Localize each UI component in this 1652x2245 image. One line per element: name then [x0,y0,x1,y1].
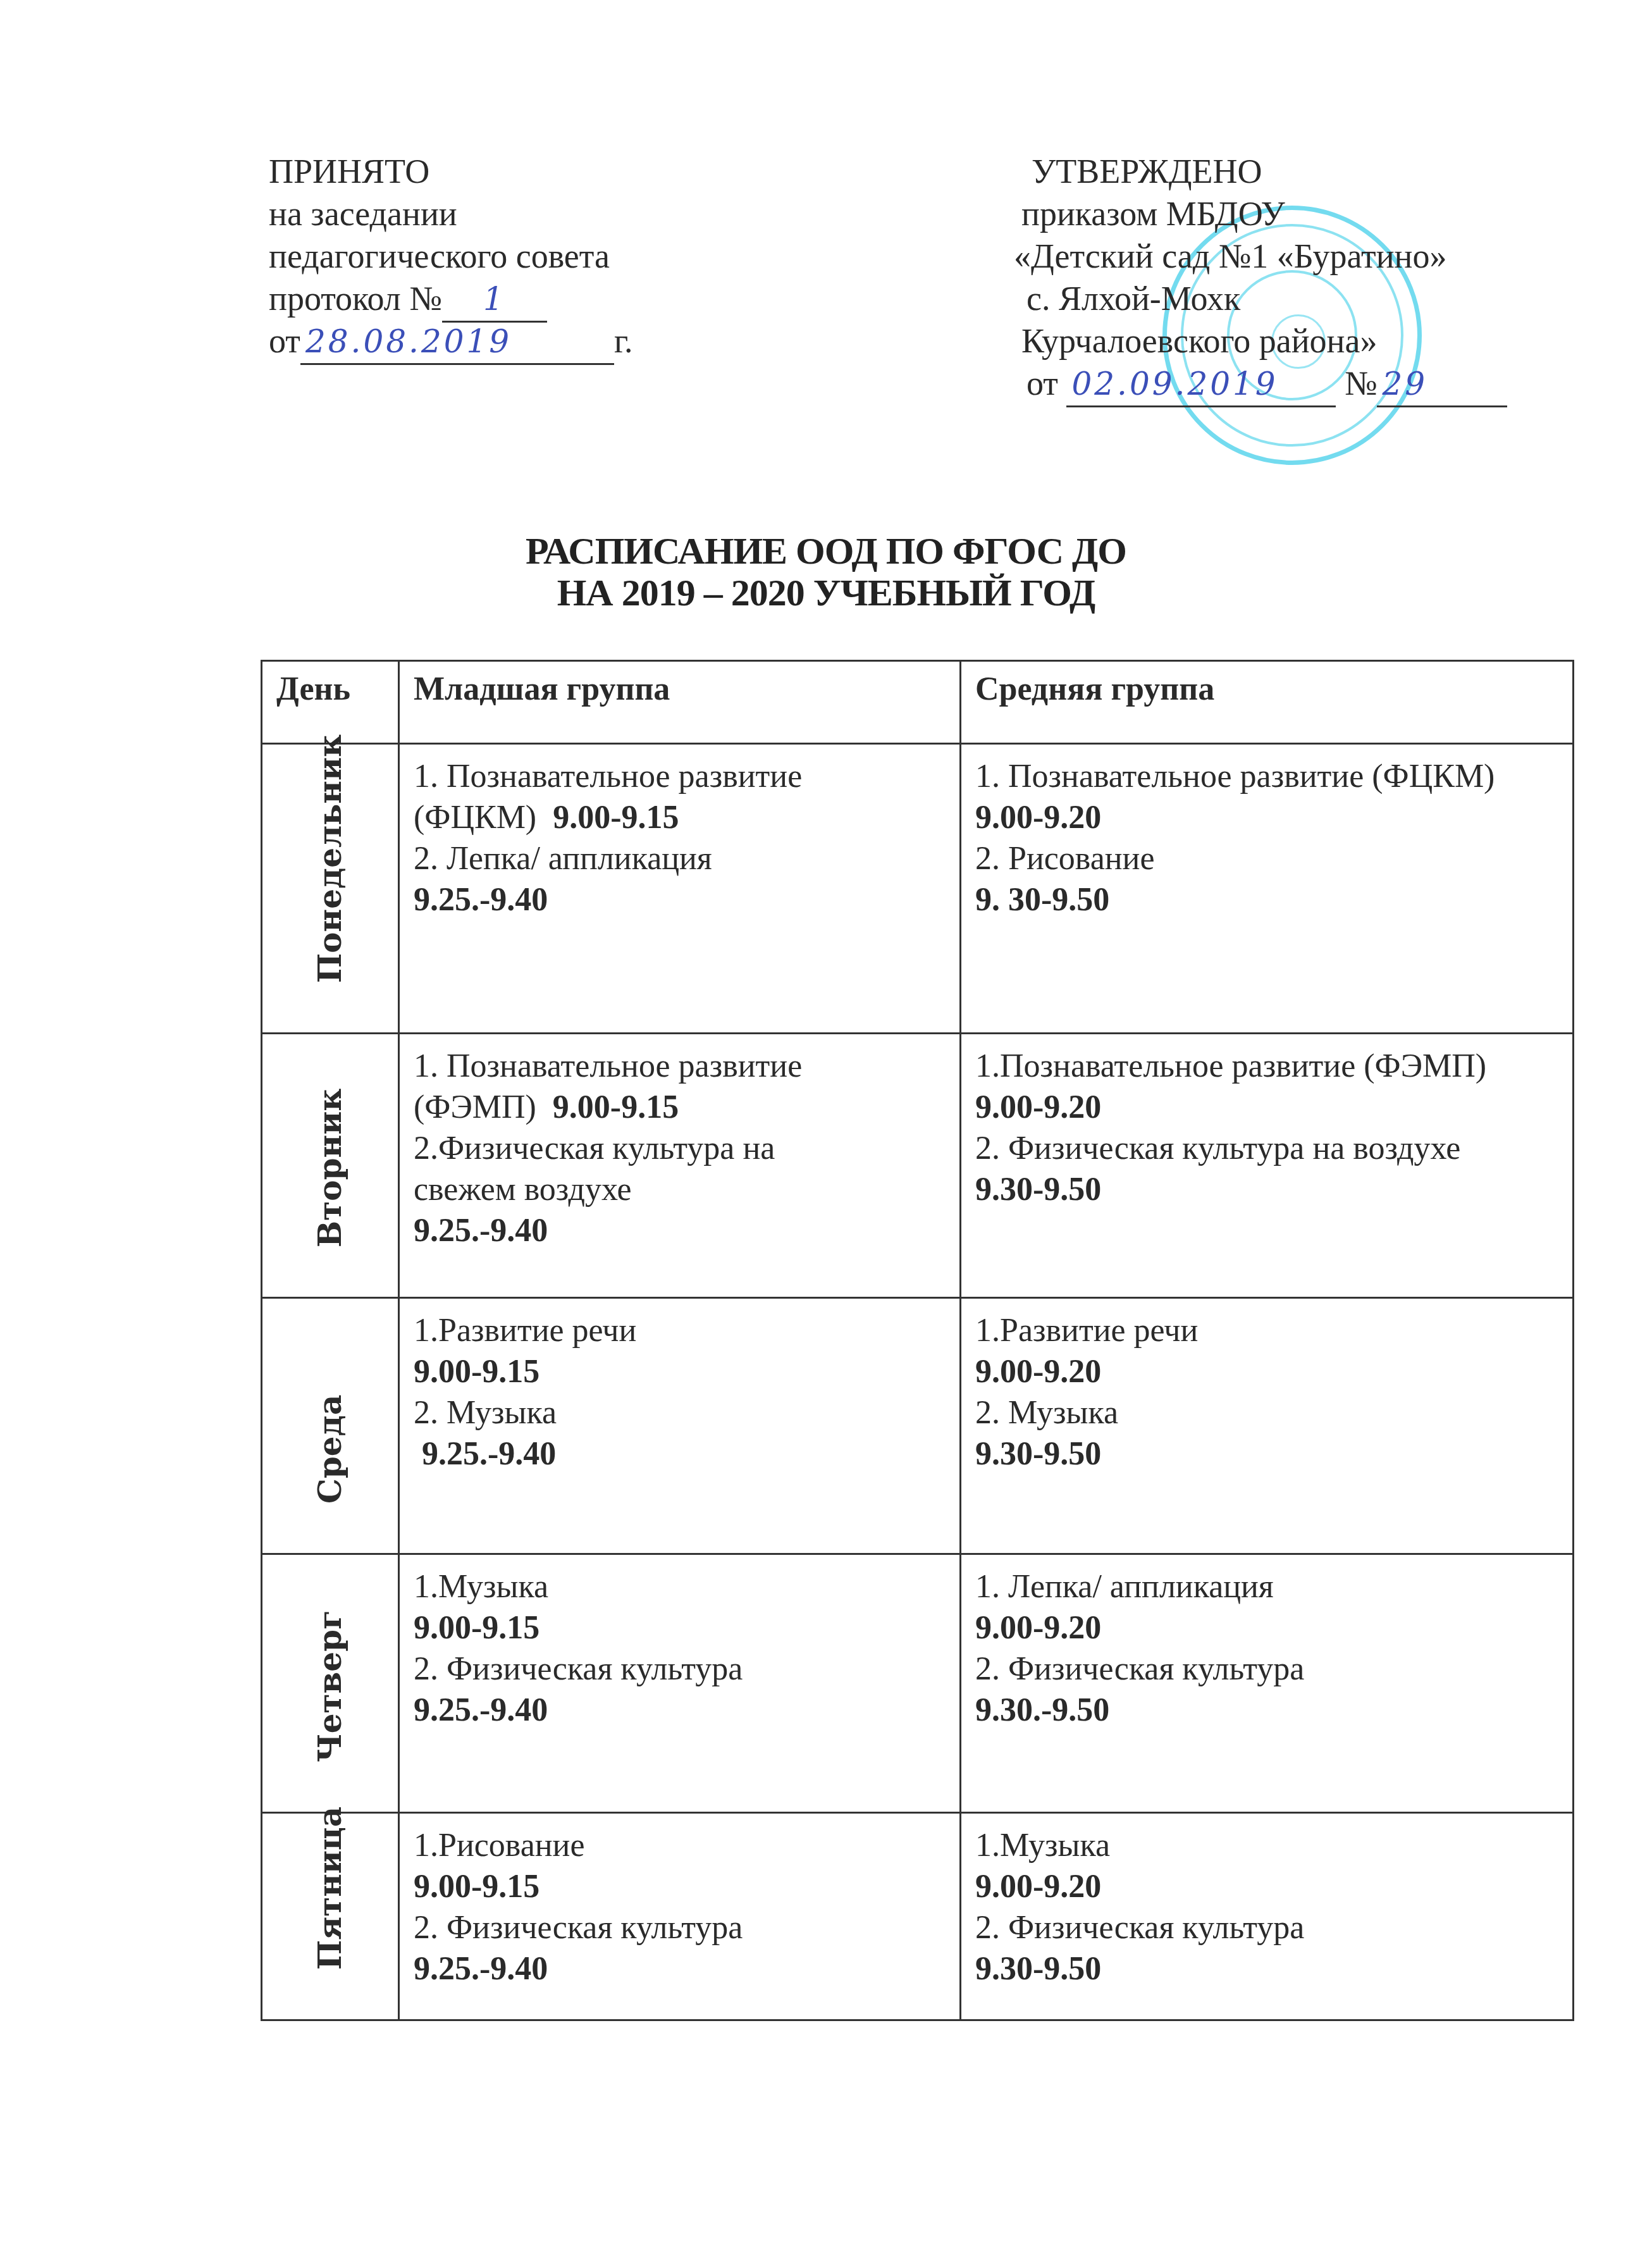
activity-text: (ФЦКМ) [414,800,553,836]
day-label: Понедельник [311,734,349,983]
activity-line: 2.Физическая культура на [414,1128,953,1169]
number-prefix: № [1345,364,1378,402]
activity-line: 1. Лепка/ аппликация [975,1566,1566,1607]
activity-line: 2. Физическая культура [414,1907,953,1948]
junior-group-cell: 1.Рисование9.00-9.152. Физическая культу… [399,1813,961,2020]
day-cell: Вторник [262,1034,399,1298]
header-middle-group: Средняя группа [961,661,1574,744]
title-line-2: НА 2019 – 2020 УЧЕБНЫЙ ГОД [0,572,1652,614]
table-row: Вторник1. Познавательное развитие(ФЭМП) … [262,1034,1574,1298]
day-label: Четверг [311,1610,349,1762]
time-range: 9.00-9.20 [975,1087,1566,1128]
date-prefix: от [1026,364,1058,402]
day-label: Среда [311,1395,349,1504]
junior-group-cell: 1.Развитие речи9.00-9.152. Музыка 9.25.-… [399,1298,961,1554]
time-range: 9.30-9.50 [975,1433,1566,1475]
approval-line: с. Ялхой-Мохк [1021,278,1507,320]
table-row: Понедельник1. Познавательное развитие(ФЦ… [262,744,1574,1034]
activity-line: свежем воздухе [414,1169,953,1210]
approval-heading: УТВЕРЖДЕНО [1021,151,1507,193]
table-row: Пятница1.Рисование9.00-9.152. Физическая… [262,1813,1574,2020]
day-cell: Среда [262,1298,399,1554]
header-junior-group: Младшая группа [399,661,961,744]
activity-line: 1. Познавательное развитие [414,1046,953,1087]
time-range: 9.25.-9.40 [414,1433,953,1475]
approval-block-approved: УТВЕРЖДЕНО приказом МБДОУ «Детский сад №… [1021,151,1507,405]
time-range: 9.00-9.20 [975,1866,1566,1907]
protocol-date-handwritten: 28.08.2019 [300,321,614,365]
activity-line: 2. Физическая культура [975,1907,1566,1948]
day-label: Пятница [311,1807,349,1970]
middle-group-cell: 1. Лепка/ аппликация9.00-9.202. Физическ… [961,1554,1574,1813]
activity-line: 2. Музыка [414,1392,953,1433]
activity-line: 2. Лепка/ аппликация [414,838,953,879]
activity-line: 2. Физическая культура [414,1648,953,1690]
activity-line: 1. Познавательное развитие [414,756,953,797]
activity-line: 1.Развитие речи [975,1310,1566,1351]
time-range: 9.00-9.20 [975,1607,1566,1648]
activity-line: (ФЦКМ) 9.00-9.15 [414,797,953,838]
approval-line: на заседании [269,193,632,235]
order-date-line: от 02.09.2019 №29 [1021,362,1507,405]
schedule-table: День Младшая группа Средняя группа Понед… [261,660,1574,2021]
time-range: 9.30.-9.50 [975,1690,1566,1731]
time-range: 9.30-9.50 [975,1169,1566,1210]
approval-block-accepted: ПРИНЯТО на заседании педагогического сов… [269,151,632,362]
activity-line: (ФЭМП) 9.00-9.15 [414,1087,953,1128]
activity-line: 2. Музыка [975,1392,1566,1433]
order-number-handwritten: 29 [1377,363,1507,407]
activity-line: 2. Рисование [975,838,1566,879]
date-prefix: от [269,322,300,360]
protocol-date-line: от28.08.2019г. [269,320,632,362]
table-row: Четверг1.Музыка9.00-9.152. Физическая ку… [262,1554,1574,1813]
middle-group-cell: 1.Познавательное развитие (ФЭМП)9.00-9.2… [961,1034,1574,1298]
document-title: РАСПИСАНИЕ ООД ПО ФГОС ДО НА 2019 – 2020… [0,530,1652,614]
junior-group-cell: 1. Познавательное развитие(ФЭМП) 9.00-9.… [399,1034,961,1298]
approval-line: Курчалоевского района» [1021,320,1507,362]
time-range: 9.00-9.15 [414,1351,953,1392]
time-range: 9.25.-9.40 [414,1690,953,1731]
protocol-line: протокол №1 [269,278,632,320]
approval-line: педагогического совета [269,235,632,278]
junior-group-cell: 1.Музыка9.00-9.152. Физическая культура9… [399,1554,961,1813]
activity-line: 1.Музыка [975,1825,1566,1866]
date-suffix: г. [614,322,633,360]
middle-group-cell: 1.Музыка9.00-9.202. Физическая культура9… [961,1813,1574,2020]
activity-line: 1.Рисование [414,1825,953,1866]
activity-line: 1.Познавательное развитие (ФЭМП) [975,1046,1566,1087]
day-label: Вторник [311,1089,349,1247]
activity-line: 2. Физическая культура на воздухе [975,1128,1566,1169]
day-cell: Четверг [262,1554,399,1813]
title-line-1: РАСПИСАНИЕ ООД ПО ФГОС ДО [0,530,1652,572]
table-header-row: День Младшая группа Средняя группа [262,661,1574,744]
middle-group-cell: 1. Познавательное развитие (ФЦКМ)9.00-9.… [961,744,1574,1034]
time-range: 9.25.-9.40 [414,1948,953,1989]
header-day: День [262,661,399,744]
activity-text: (ФЭМП) [414,1089,553,1125]
time-range: 9.00-9.20 [975,797,1566,838]
activity-line: 2. Физическая культура [975,1648,1566,1690]
time-range: 9. 30-9.50 [975,879,1566,920]
time-range: 9.25.-9.40 [414,879,953,920]
approval-line: приказом МБДОУ [1021,193,1507,235]
day-cell: Понедельник [262,744,399,1034]
protocol-prefix: протокол № [269,280,442,318]
day-cell: Пятница [262,1813,399,2020]
time-range: 9.00-9.15 [553,1089,679,1125]
time-range: 9.00-9.15 [414,1607,953,1648]
activity-line: 1. Познавательное развитие (ФЦКМ) [975,756,1566,797]
middle-group-cell: 1.Развитие речи9.00-9.202. Музыка9.30-9.… [961,1298,1574,1554]
junior-group-cell: 1. Познавательное развитие(ФЦКМ) 9.00-9.… [399,744,961,1034]
time-range: 9.30-9.50 [975,1948,1566,1989]
activity-line: 1.Развитие речи [414,1310,953,1351]
order-date-handwritten: 02.09.2019 [1066,363,1336,407]
approval-line: «Детский сад №1 «Буратино» [1014,235,1507,278]
approval-heading: ПРИНЯТО [269,151,632,193]
time-range: 9.00-9.15 [553,800,679,836]
time-range: 9.00-9.20 [975,1351,1566,1392]
table-row: Среда1.Развитие речи9.00-9.152. Музыка 9… [262,1298,1574,1554]
protocol-number-handwritten: 1 [442,278,547,323]
activity-line: 1.Музыка [414,1566,953,1607]
time-range: 9.00-9.15 [414,1866,953,1907]
time-range: 9.25.-9.40 [414,1210,953,1251]
